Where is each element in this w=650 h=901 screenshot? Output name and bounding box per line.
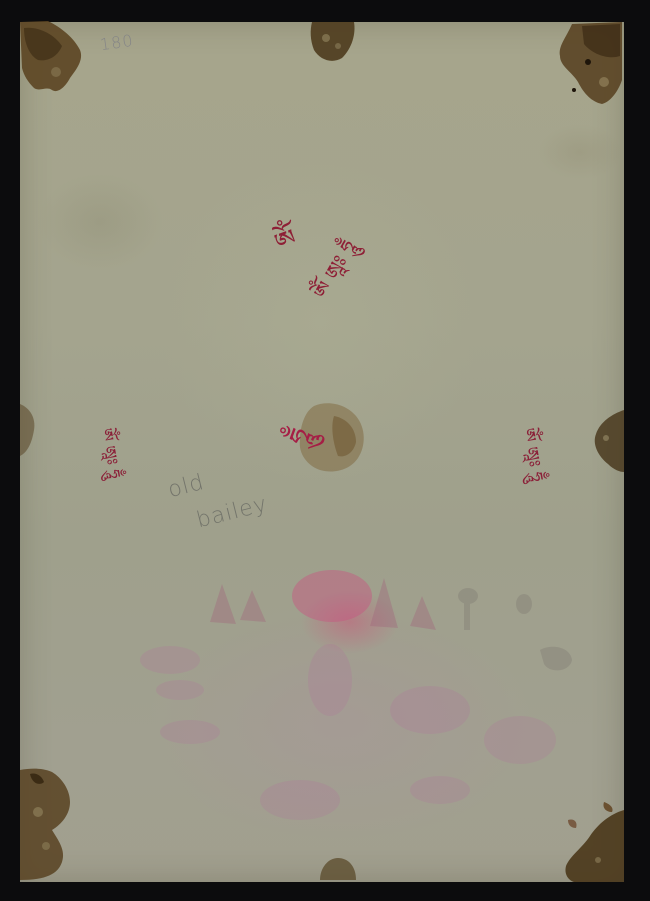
stain-left-edge: [20, 400, 44, 460]
stain-right-edge: [588, 408, 624, 474]
stain-bottom-left: [18, 766, 78, 882]
inscription-left: ༀ ཨཱཿ ཧཱུྃ: [84, 424, 137, 482]
stain-top-right: [552, 20, 624, 106]
stain-top-center: [308, 20, 358, 64]
painting-bleed-through: [100, 560, 600, 860]
inscription-right: ༀ ཨཱཿ ཧཱུྃ: [504, 424, 561, 486]
stain-top-left: [18, 20, 88, 100]
